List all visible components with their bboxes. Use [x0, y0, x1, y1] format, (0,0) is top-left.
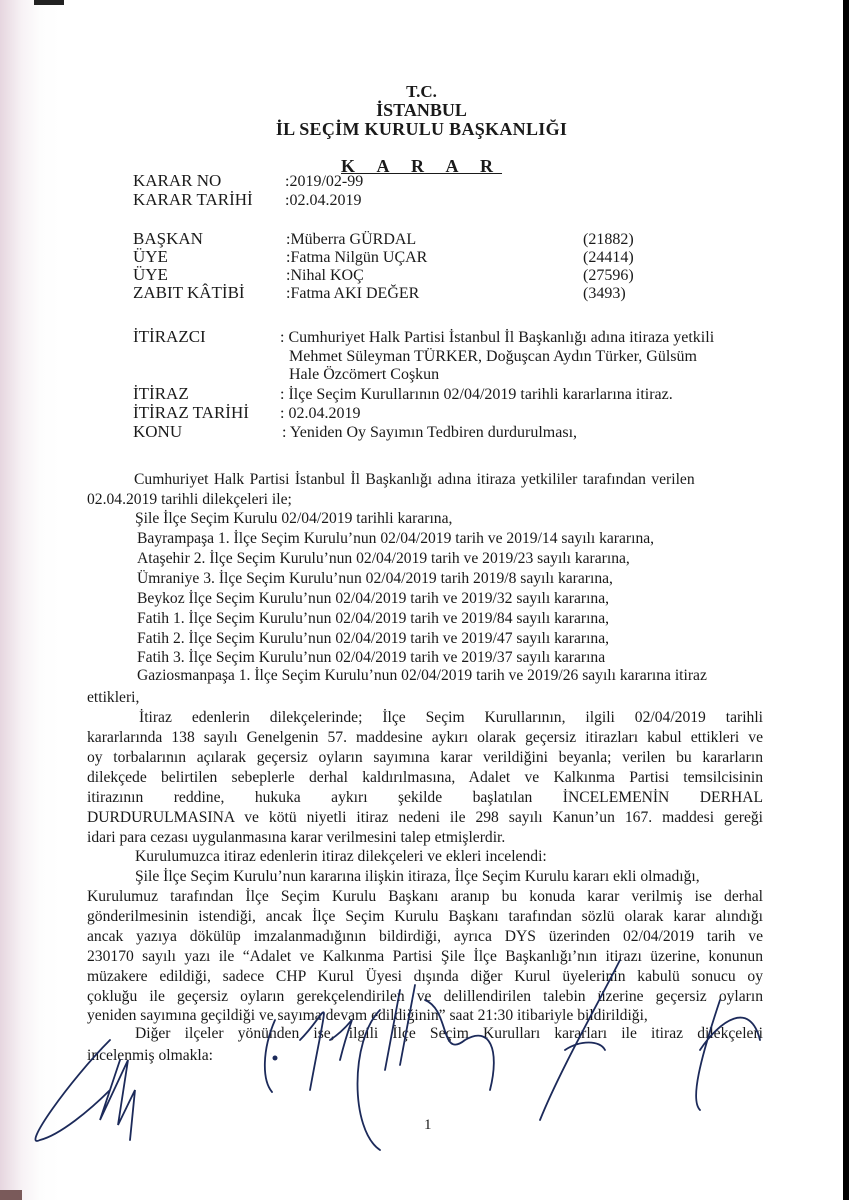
- decision-item: Fatih 3. İlçe Seçim Kurulu’nun 02/04/201…: [137, 650, 605, 666]
- review-line: Kurulumuzca itiraz edenlerin itiraz dile…: [135, 849, 547, 865]
- member-name: :Müberra GÜRDAL: [286, 231, 416, 249]
- body-intro: 02.04.2019 tarihli dilekçeleri ile;: [87, 492, 292, 508]
- objector-label: İTİRAZCI: [133, 327, 206, 347]
- objection-value: : İlçe Seçim Kurullarının 02/04/2019 tar…: [280, 386, 673, 404]
- member-reg: (27596): [583, 267, 634, 285]
- member-role: BAŞKAN: [133, 229, 203, 249]
- objector-line: : Cumhuriyet Halk Partisi İstanbul İl Ba…: [280, 329, 714, 347]
- header-board: İL SEÇİM KURULU BAŞKANLIĞI: [0, 119, 843, 140]
- objection-date-label: İTİRAZ TARİHİ: [133, 403, 249, 423]
- signature-dot: [273, 1056, 278, 1061]
- member-name: :Nihal KOÇ: [286, 267, 364, 285]
- claims-line: itirazının reddine, hukuka aykırı şekild…: [87, 790, 763, 806]
- member-role: ZABIT KÂTİBİ: [133, 283, 245, 303]
- review-line: Diğer ilçeler yönünden ise, ilgili İlçe …: [135, 1026, 763, 1042]
- claims-line: idari para cezası uygulanmasına karar ve…: [87, 830, 505, 846]
- body-intro: Cumhuriyet Halk Partisi İstanbul İl Başk…: [134, 472, 695, 488]
- decision-item: Beykoz İlçe Seçim Kurulu’nun 02/04/2019 …: [137, 591, 609, 607]
- decision-item: Bayrampaşa 1. İlçe Seçim Kurulu’nun 02/0…: [137, 531, 654, 547]
- karar-tarihi-value: :02.04.2019: [285, 192, 361, 210]
- header-state: T.C.: [0, 82, 843, 102]
- document-page: T.C. İSTANBUL İL SEÇİM KURULU BAŞKANLIĞI…: [0, 0, 843, 1200]
- review-line: müzakere edildiği, sadece CHP Kurul Üyes…: [87, 969, 763, 985]
- claims-line: dilekçede belirtilen sebeplerle derhal k…: [87, 770, 763, 786]
- document-title: K A R A R: [0, 156, 843, 177]
- claims-line: İtiraz edenlerin dilekçelerinde; İlçe Se…: [139, 710, 763, 726]
- member-name: :Fatma Nilgün UÇAR: [286, 249, 427, 267]
- decision-item: Fatih 1. İlçe Seçim Kurulu’nun 02/04/201…: [137, 611, 609, 627]
- review-line: çokluğu ile geçersiz oyların gerekçelend…: [87, 989, 763, 1005]
- objection-date-value: : 02.04.2019: [280, 405, 360, 423]
- page-number: 1: [424, 1117, 432, 1134]
- review-line: Kurulumuz tarafından İlçe Seçim Kurulu B…: [87, 889, 763, 905]
- karar-no-value: :2019/02-99: [285, 173, 363, 191]
- review-line: ancak yazıya dökülüp imzalanmadığının bi…: [87, 929, 763, 945]
- scan-edge-mark: [34, 0, 64, 5]
- karar-no-label: KARAR NO: [133, 171, 221, 191]
- review-line: gönderilmesinin istendiği, ancak İlçe Se…: [87, 909, 763, 925]
- scan-edge-mark: [0, 1190, 22, 1200]
- claims-line: kararlarında 138 sayılı Genelgenin 57. m…: [87, 730, 763, 746]
- subject-label: KONU: [133, 422, 182, 442]
- header-city: İSTANBUL: [0, 100, 843, 121]
- signature-5: [696, 1000, 760, 1110]
- karar-tarihi-label: KARAR TARİHİ: [133, 190, 253, 210]
- review-line: yeniden sayımına geçildiği ve sayıma dev…: [87, 1008, 648, 1024]
- member-reg: (24414): [583, 249, 634, 267]
- objector-line: Mehmet Süleyman TÜRKER, Doğuşcan Aydın T…: [289, 348, 697, 366]
- decision-item: Ümraniye 3. İlçe Seçim Kurulu’nun 02/04/…: [137, 571, 613, 587]
- objector-line: Hale Özcömert Coşkun: [289, 366, 439, 384]
- member-role: ÜYE: [133, 247, 168, 267]
- decisions-end: ettikleri,: [87, 690, 139, 706]
- member-reg: (21882): [583, 231, 634, 249]
- review-line: incelenmiş olmakla:: [87, 1048, 213, 1064]
- member-role: ÜYE: [133, 265, 168, 285]
- objection-label: İTİRAZ: [133, 384, 189, 404]
- decision-item: Şile İlçe Seçim Kurulu 02/04/2019 tarihl…: [135, 511, 452, 527]
- member-reg: (3493): [583, 285, 626, 303]
- decision-item: Fatih 2. İlçe Seçim Kurulu’nun 02/04/201…: [137, 631, 609, 647]
- member-name: :Fatma AKI DEĞER: [286, 285, 419, 303]
- review-line: 230170 sayılı yazı ile “Adalet ve Kalkın…: [87, 949, 763, 965]
- review-line: Şile İlçe Seçim Kurulu’nun kararına iliş…: [135, 869, 700, 885]
- claims-line: oy torbalarının açılarak geçersiz oyları…: [87, 750, 763, 766]
- subject-value: : Yeniden Oy Sayımın Tedbiren durdurulma…: [282, 424, 577, 442]
- claims-line: DURDURULMASINA ve kötü niyetli itiraz ne…: [87, 810, 763, 826]
- decision-item: Ataşehir 2. İlçe Seçim Kurulu’nun 02/04/…: [137, 551, 630, 567]
- decision-item: Gaziosmanpaşa 1. İlçe Seçim Kurulu’nun 0…: [137, 668, 707, 684]
